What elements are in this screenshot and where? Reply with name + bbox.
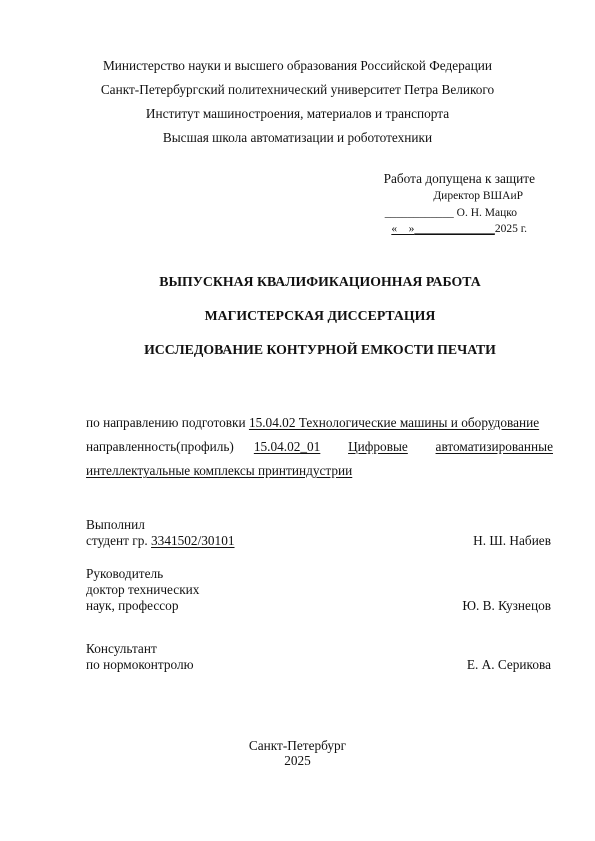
approval-date-line: « »______________2025 г.: [391, 222, 527, 236]
approval-signer: О. Н. Мацко: [457, 207, 517, 219]
consultant-name: Е. А. Серикова: [467, 658, 551, 672]
profile-line-1: направленность (профиль) 15.04.02_01 Циф…: [86, 439, 553, 455]
student-group: 3341502/30101: [151, 533, 234, 548]
direction-line: по направлению подготовки 15.04.02 Техно…: [86, 415, 553, 431]
consultant-title: по нормоконтролю: [86, 658, 194, 672]
school-line: Высшая школа автоматизации и робототехни…: [0, 130, 595, 146]
signature-blank: ____________: [385, 207, 454, 219]
student-group-line: студент гр. 3341502/30101: [86, 534, 235, 548]
university-line: Санкт-Петербургский политехнический унив…: [0, 82, 595, 98]
date-blank: ______________: [414, 223, 495, 235]
profile-value: 15.04.02_01 Цифровые автоматизированные: [254, 439, 553, 455]
profile-code: 15.04.02_01: [254, 439, 320, 455]
supervisor-title-1: доктор технических: [86, 583, 199, 597]
student-name: Н. Ш. Набиев: [473, 534, 551, 548]
footer-year: 2025: [0, 754, 595, 768]
profile-word-2: автоматизированные: [436, 439, 553, 455]
date-year: 2025 г.: [495, 223, 527, 235]
student-role: Выполнил: [86, 518, 145, 532]
degree-type-title: МАГИСТЕРСКАЯ ДИССЕРТАЦИЯ: [0, 308, 595, 324]
student-group-label: студент гр.: [86, 533, 148, 548]
approval-position: Директор ВШАиР: [433, 189, 523, 203]
approval-signature-line: ____________ О. Н. Мацко: [385, 206, 517, 220]
profile-label-1: направленность: [86, 439, 176, 455]
institute-line: Институт машиностроения, материалов и тр…: [0, 106, 595, 122]
profile-word-1: Цифровые: [348, 439, 408, 455]
consultant-role: Консультант: [86, 642, 157, 656]
work-type-title: ВЫПУСКНАЯ КВАЛИФИКАЦИОННАЯ РАБОТА: [0, 274, 595, 290]
footer-city: Санкт-Петербург: [0, 739, 595, 753]
direction-label: по направлению подготовки: [86, 415, 246, 430]
supervisor-title-2: наук, профессор: [86, 599, 178, 613]
profile-line-2: интеллектуальные комплексы принтиндустри…: [86, 463, 553, 479]
supervisor-name: Ю. В. Кузнецов: [462, 599, 551, 613]
direction-value: 15.04.02 Технологические машины и оборуд…: [249, 415, 539, 430]
profile-value-continued: интеллектуальные комплексы принтиндустри…: [86, 463, 352, 478]
approval-title: Работа допущена к защите: [384, 171, 535, 187]
topic-title: ИССЛЕДОВАНИЕ КОНТУРНОЙ ЕМКОСТИ ПЕЧАТИ: [0, 342, 595, 358]
supervisor-role: Руководитель: [86, 567, 163, 581]
ministry-line: Министерство науки и высшего образования…: [0, 58, 595, 74]
profile-label-2: (профиль): [176, 439, 234, 455]
date-quotes: « »: [391, 223, 414, 235]
